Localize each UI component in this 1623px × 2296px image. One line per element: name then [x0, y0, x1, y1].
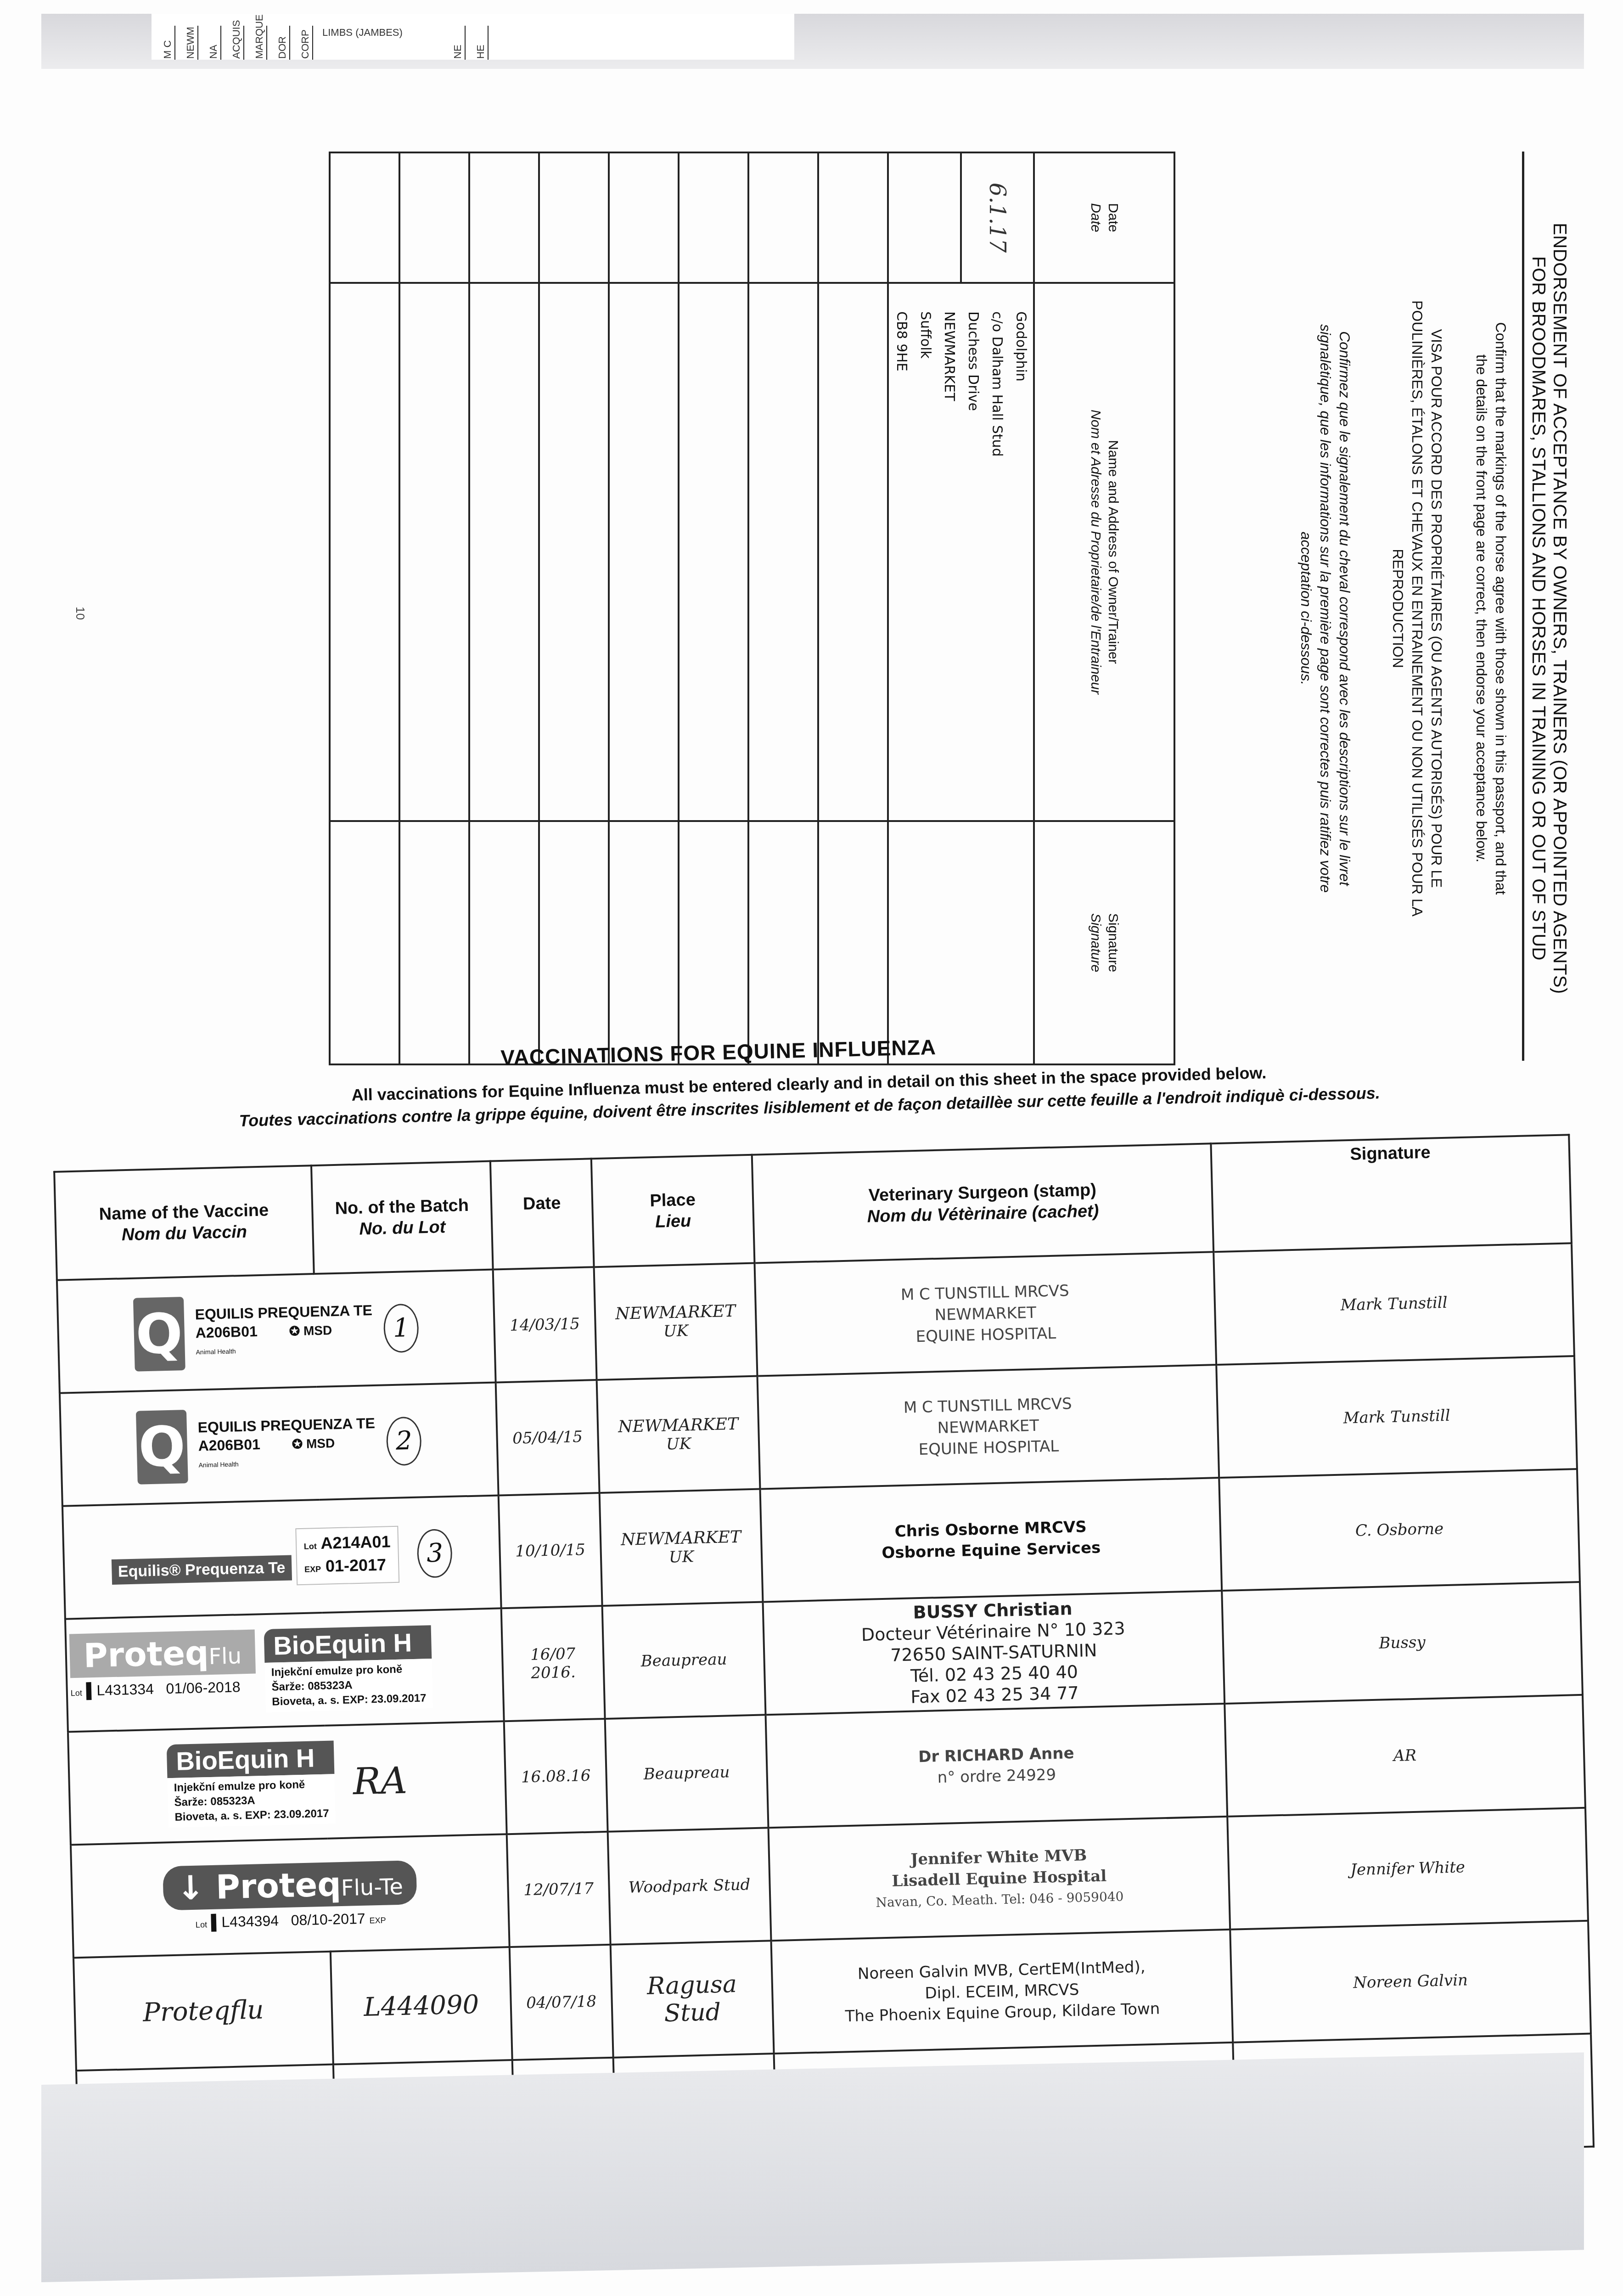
endorsement-signature[interactable]: [748, 821, 818, 1064]
vaccine-name: EQUILIS PREQUENZA TE: [195, 1301, 372, 1323]
table-row: [748, 152, 818, 1064]
table-row: [469, 152, 539, 1064]
divider: [1522, 152, 1524, 1061]
q-logo-icon: Q: [133, 1297, 185, 1372]
vaccine-name: ↓ ProteqFlu-Te: [163, 1860, 417, 1910]
previous-page-strip: M C NEWM NA ACQUIS MARQUE DOR CORP LIMBS…: [152, 14, 794, 60]
vet-stamp: M C TUNSTILL MRCVSNEWMARKETEQUINE HOSPIT…: [757, 1365, 1219, 1489]
vet-stamp: M C TUNSTILL MRCVSNEWMARKETEQUINE HOSPIT…: [754, 1252, 1216, 1376]
vaccination-place: Beaupreau: [605, 1715, 769, 1831]
strip-fragment: HE: [474, 26, 489, 60]
column-header-signature: Signature Signature: [1034, 821, 1174, 1064]
vaccine-name: EQUILIS PREQUENZA TE: [197, 1414, 375, 1436]
vaccination-place: NEWMARKETUK: [600, 1489, 763, 1606]
dose-number: 2: [386, 1417, 422, 1466]
endorsement-signature[interactable]: [330, 821, 399, 1064]
vaccination-section: VACCINATIONS FOR EQUINE INFLUENZA All va…: [51, 1019, 1594, 2043]
column-header-name-address: Name and Address of Owner/Trainer Nom et…: [1034, 283, 1174, 821]
vaccine-name: BioEquin H: [167, 1740, 335, 1778]
vaccination-table: Name of the VaccineNom du Vaccin No. of …: [53, 1134, 1595, 2184]
endorsement-title: ENDORSEMENT OF ACCEPTANCE BY OWNERS, TRA…: [1528, 152, 1570, 1065]
batch-number: L444090: [331, 1947, 512, 2064]
column-header-place: PlaceLieu: [591, 1155, 755, 1267]
column-header-signature: Signature: [1211, 1135, 1572, 1252]
vet-signature: Noreen Galvin: [1230, 1921, 1591, 2043]
endorsement-date[interactable]: [469, 152, 539, 283]
endorsement-date[interactable]: [888, 152, 961, 283]
vet-signature: Bussy: [1222, 1582, 1583, 1704]
dose-number: 3: [417, 1529, 453, 1578]
endorsement-date[interactable]: [609, 152, 679, 283]
endorsement-date[interactable]: [330, 152, 399, 283]
strip-fragment: CORP: [298, 26, 313, 60]
endorsement-section: ENDORSEMENT OF ACCEPTANCE BY OWNERS, TRA…: [101, 138, 1570, 1075]
strip-fragment: DOR: [275, 26, 290, 60]
vet-stamp: Noreen Galvin MVB, CertEM(IntMed),Dipl. …: [771, 1930, 1233, 2054]
vaccination-date: 12/07/17: [507, 1832, 611, 1947]
endorsement-date[interactable]: 6.1.17: [961, 152, 1034, 283]
owner-address[interactable]: [330, 283, 399, 821]
column-header-vet: Veterinary Surgeon (stamp)Nom du Vétèrin…: [752, 1143, 1213, 1263]
vaccination-place: Beaupreau: [602, 1602, 766, 1718]
vaccine-label-sticker: ↓ ProteqFlu-Te Lot ▌L434394 08/10-2017 E…: [71, 1834, 510, 1958]
endorsement-signature[interactable]: [609, 821, 679, 1064]
strip-fragment: LIMBS (JAMBES): [321, 26, 443, 60]
column-header-date: Date Date: [1034, 152, 1174, 283]
table-row: 6.1.17 Godolphin c/o Dalham Hall Stud Du…: [961, 152, 1034, 1064]
strip-fragment: NE: [451, 26, 466, 60]
table-row: [679, 152, 748, 1064]
owner-address[interactable]: Godolphin c/o Dalham Hall Stud Duchess D…: [888, 283, 1034, 821]
batch-number: L431334: [96, 1680, 154, 1698]
owner-address[interactable]: [818, 283, 888, 821]
endorsement-instruction-fr: Confirmez que le signalement du cheval c…: [1297, 152, 1354, 1065]
endorsement-date[interactable]: [748, 152, 818, 283]
owner-address[interactable]: [539, 283, 609, 821]
strip-fragment: ACQUIS: [230, 26, 244, 60]
vet-stamp: BUSSY Christian Docteur Vétérinaire N° 1…: [763, 1591, 1224, 1715]
column-header-batch: No. of the BatchNo. du Lot: [311, 1161, 493, 1274]
batch-number: A206B01: [195, 1323, 258, 1341]
strip-fragment: M C: [161, 26, 175, 60]
vaccine-label-sticker: Q EQUILIS PREQUENZA TE A206B01 ✪ MSDAnim…: [57, 1270, 496, 1393]
batch-number: A206B01: [198, 1436, 260, 1454]
endorsement-date[interactable]: [399, 152, 469, 283]
vaccination-date: 14/03/15: [493, 1267, 597, 1382]
column-header-date: Date: [490, 1159, 594, 1269]
owner-address[interactable]: [469, 283, 539, 821]
vet-signature: C. Osborne: [1219, 1469, 1580, 1591]
endorsement-signature[interactable]: [469, 821, 539, 1064]
owner-address[interactable]: [609, 283, 679, 821]
vaccination-date: 16/07 2016.: [501, 1606, 605, 1721]
strip-fragment: NEWM: [184, 26, 198, 60]
table-row: [539, 152, 609, 1064]
vaccine-label-sticker: ProteqFlu Lot ▌L431334 01/06-2018 BioEqu…: [65, 1608, 504, 1732]
endorsement-date[interactable]: [539, 152, 609, 283]
owner-address[interactable]: [399, 283, 469, 821]
vaccination-place: NEWMARKETUK: [597, 1376, 760, 1493]
endorsement-signature[interactable]: [818, 821, 888, 1064]
handwritten-initials: RA: [353, 1759, 408, 1803]
table-row: [818, 152, 888, 1064]
owner-address[interactable]: [748, 283, 818, 821]
vaccine-label-sticker: Equilis® Prequenza Te Lot A214A01 EXP 01…: [62, 1495, 501, 1619]
vaccination-date: 04/07/18: [510, 1945, 613, 2060]
vet-stamp: Jennifer White MVBLisadell Equine Hospit…: [769, 1817, 1230, 1941]
vet-signature: AR: [1224, 1695, 1585, 1817]
endorsement-title-fr: VISA POUR ACCORD DES PROPRIÉTAIRES (OU A…: [1388, 152, 1446, 1065]
endorsement-signature[interactable]: [888, 821, 1034, 1064]
vaccine-label-sticker: BioEquin H Injekční emulze pro koně Šarž…: [68, 1721, 507, 1845]
vaccination-date: 16.08.16: [504, 1719, 608, 1834]
owner-address[interactable]: [679, 283, 748, 821]
table-row: [399, 152, 469, 1064]
table-header-row: Date Date Name and Address of Owner/Trai…: [1034, 152, 1174, 1064]
table-row: [609, 152, 679, 1064]
vet-signature: Jennifer White: [1227, 1808, 1588, 1930]
expiry-date: 23.09.2017: [274, 1807, 329, 1821]
column-header-vaccine: Name of the VaccineNom du Vaccin: [54, 1165, 314, 1280]
expiry-date: 08/10-2017: [291, 1910, 365, 1928]
batch-number: L434394: [221, 1912, 279, 1930]
endorsement-date[interactable]: [818, 152, 888, 283]
page-number: 10: [73, 607, 87, 620]
endorsement-signature[interactable]: [679, 821, 748, 1064]
scan-shadow-bottom: [41, 2053, 1584, 2282]
vet-stamp: Chris Osborne MRCVSOsborne Equine Servic…: [760, 1478, 1222, 1602]
expiry-date: 01-2017: [325, 1555, 386, 1575]
endorsement-date[interactable]: [679, 152, 748, 283]
secondary-vaccine-label: BioEquin H Injekční emulze pro koně Šarž…: [264, 1625, 433, 1712]
endorsement-signature[interactable]: [539, 821, 609, 1064]
endorsement-signature[interactable]: [399, 821, 469, 1064]
vaccination-place: Ragusa Stud: [611, 1941, 774, 2057]
dose-number: 1: [383, 1304, 420, 1353]
strip-fragment: MARQUE: [253, 26, 267, 60]
vaccination-date: 10/10/15: [499, 1493, 602, 1608]
endorsement-instruction-en: Confirm that the markings of the horse a…: [1472, 152, 1511, 1065]
q-logo-icon: Q: [136, 1410, 188, 1485]
vaccine-name: Proteqflu: [73, 1952, 333, 2071]
vaccination-place: NEWMARKETUK: [594, 1263, 758, 1380]
strip-fragment: NA: [207, 26, 221, 60]
batch-number: A214A01: [320, 1532, 391, 1553]
vet-signature: Mark Tunstill: [1213, 1243, 1574, 1365]
vet-signature: Mark Tunstill: [1216, 1356, 1577, 1478]
expiry-date: 01/06-2018: [166, 1678, 241, 1697]
vaccine-label-sticker: Q EQUILIS PREQUENZA TE A206B01 ✪ MSDAnim…: [60, 1383, 499, 1506]
table-row: [330, 152, 399, 1064]
vaccine-name: Equilis® Prequenza Te: [111, 1555, 292, 1585]
vaccine-name: ProteqFlu: [69, 1629, 256, 1678]
vaccination-date: 05/04/15: [496, 1380, 600, 1495]
endorsement-table: Date Date Name and Address of Owner/Trai…: [329, 152, 1175, 1065]
batch-number: 085323A: [210, 1794, 255, 1807]
vet-stamp: Dr RICHARD Annen° ordre 24929: [766, 1704, 1228, 1828]
vaccination-place: Woodpark Stud: [608, 1828, 771, 1944]
